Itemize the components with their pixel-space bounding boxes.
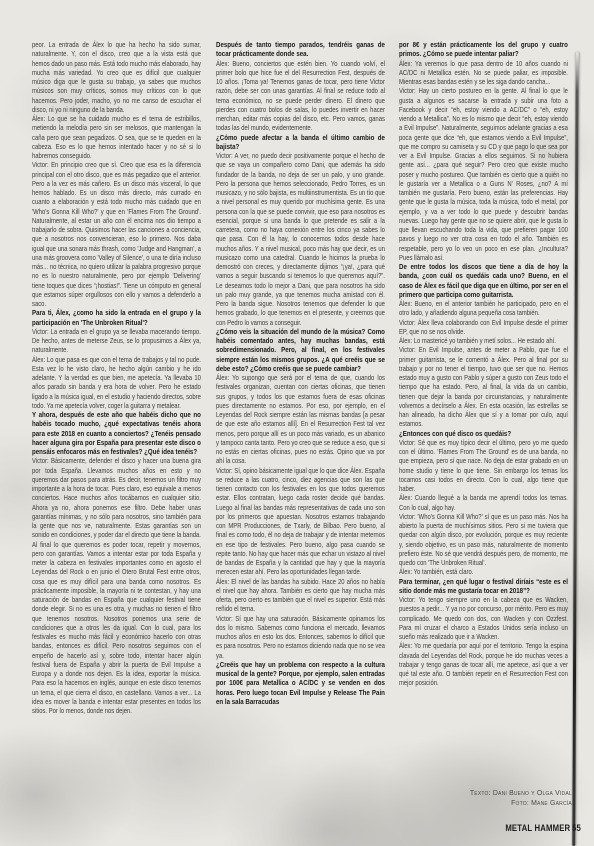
magazine-page: peor. La entrada de Álex lo que ha hecho… (0, 0, 594, 846)
magazine-name: METAL HAMMER (505, 823, 570, 833)
article-column: Después de tanto tiempo parados, tendréi… (216, 40, 385, 706)
article-column: por 8€ y están prácticamente los del gru… (399, 40, 568, 688)
interview-answer: Victor: Sí que hay una saturación. Básic… (216, 614, 385, 660)
interview-question: ¿Creéis que hay un problema con respecto… (216, 660, 385, 706)
interview-question: ¿Cómo puede afectar a la banda el último… (216, 133, 385, 152)
article-credits: Texto: Dani Bueno y Olga Vidal. Foto: Ma… (470, 789, 574, 808)
interview-answer: peor. La entrada de Álex lo que ha hecho… (32, 40, 201, 114)
interview-answer: Álex: Yo también, está claro. (399, 567, 568, 576)
interview-question: ¿Cómo veis la situación del mundo de la … (216, 327, 385, 373)
interview-question: De entre todos los discos que tiene a dí… (399, 262, 568, 299)
interview-answer: Álex: Lo mastericé yo también y metí sol… (399, 336, 568, 345)
interview-answer: Álex: Bueno, conciertos que estén bien. … (216, 59, 385, 133)
interview-answer: Victor: Básicamente, defender el disco y… (32, 456, 201, 715)
interview-answer: Álex: Lo que se ha cuidado mucho es el t… (32, 114, 201, 160)
interview-answer: Victor: En principio creo que sí. Creo q… (32, 160, 201, 308)
interview-answer: Álex: Yo me quedaría por aquí por el ter… (399, 641, 568, 687)
interview-question: Y ahora, después de este año que habéis … (32, 410, 201, 456)
interview-answer: Victor: Hay un cierto postureo en la gen… (399, 86, 568, 262)
interview-answer: Victor: Álex lleva colaborando con Evil … (399, 318, 568, 337)
page-footer: METAL HAMMER55 (505, 823, 581, 833)
interview-answer: Victor: En Evil Impulse, antes de meter … (399, 345, 568, 428)
interview-answer: Álex: Bueno, en el anterior también he p… (399, 299, 568, 318)
page-edge-shadow (572, 52, 578, 846)
article-column: peor. La entrada de Álex lo que ha hecho… (32, 40, 201, 715)
interview-answer: Victor: Sí, opino básicamente igual que … (216, 466, 385, 577)
interview-answer: Victor: La entrada en el grupo ya se lle… (32, 327, 201, 355)
interview-answer: Álex: Ya veremos lo que pasa dentro de 1… (399, 59, 568, 87)
interview-answer: Álex: Cuando llegué a la banda me aprend… (399, 493, 568, 512)
interview-answer: Victor: 'Who's Gonna Kill Who?' sí que e… (399, 512, 568, 568)
interview-question: Para terminar, ¿en qué lugar o festival … (399, 577, 568, 596)
interview-answer: Victor: Sé que es muy típico decir el úl… (399, 438, 568, 494)
interview-answer: Álex: Yo supongo que será por el tema de… (216, 373, 385, 466)
interview-answer: Álex: El nivel de las bandas ha subido. … (216, 577, 385, 614)
interview-question: Después de tanto tiempo parados, tendréi… (216, 40, 385, 59)
interview-question: Para ti, Álex, ¿como ha sido la entrada … (32, 308, 201, 327)
credits-text-author: Texto: Dani Bueno y Olga Vidal. (470, 789, 574, 799)
credits-photo-author: Foto: Mane García. (470, 799, 574, 809)
interview-answer: Victor: A ver, no puedo decir positivame… (216, 151, 385, 327)
interview-answer: Victor: Yo tengo siempre uno en la cabez… (399, 595, 568, 641)
interview-answer: Álex: Lo que pasa es que con el tema de … (32, 355, 201, 411)
interview-question: por 8€ y están prácticamente los del gru… (399, 40, 568, 59)
interview-question: ¿Entonces con qué disco os quedáis? (399, 429, 568, 438)
